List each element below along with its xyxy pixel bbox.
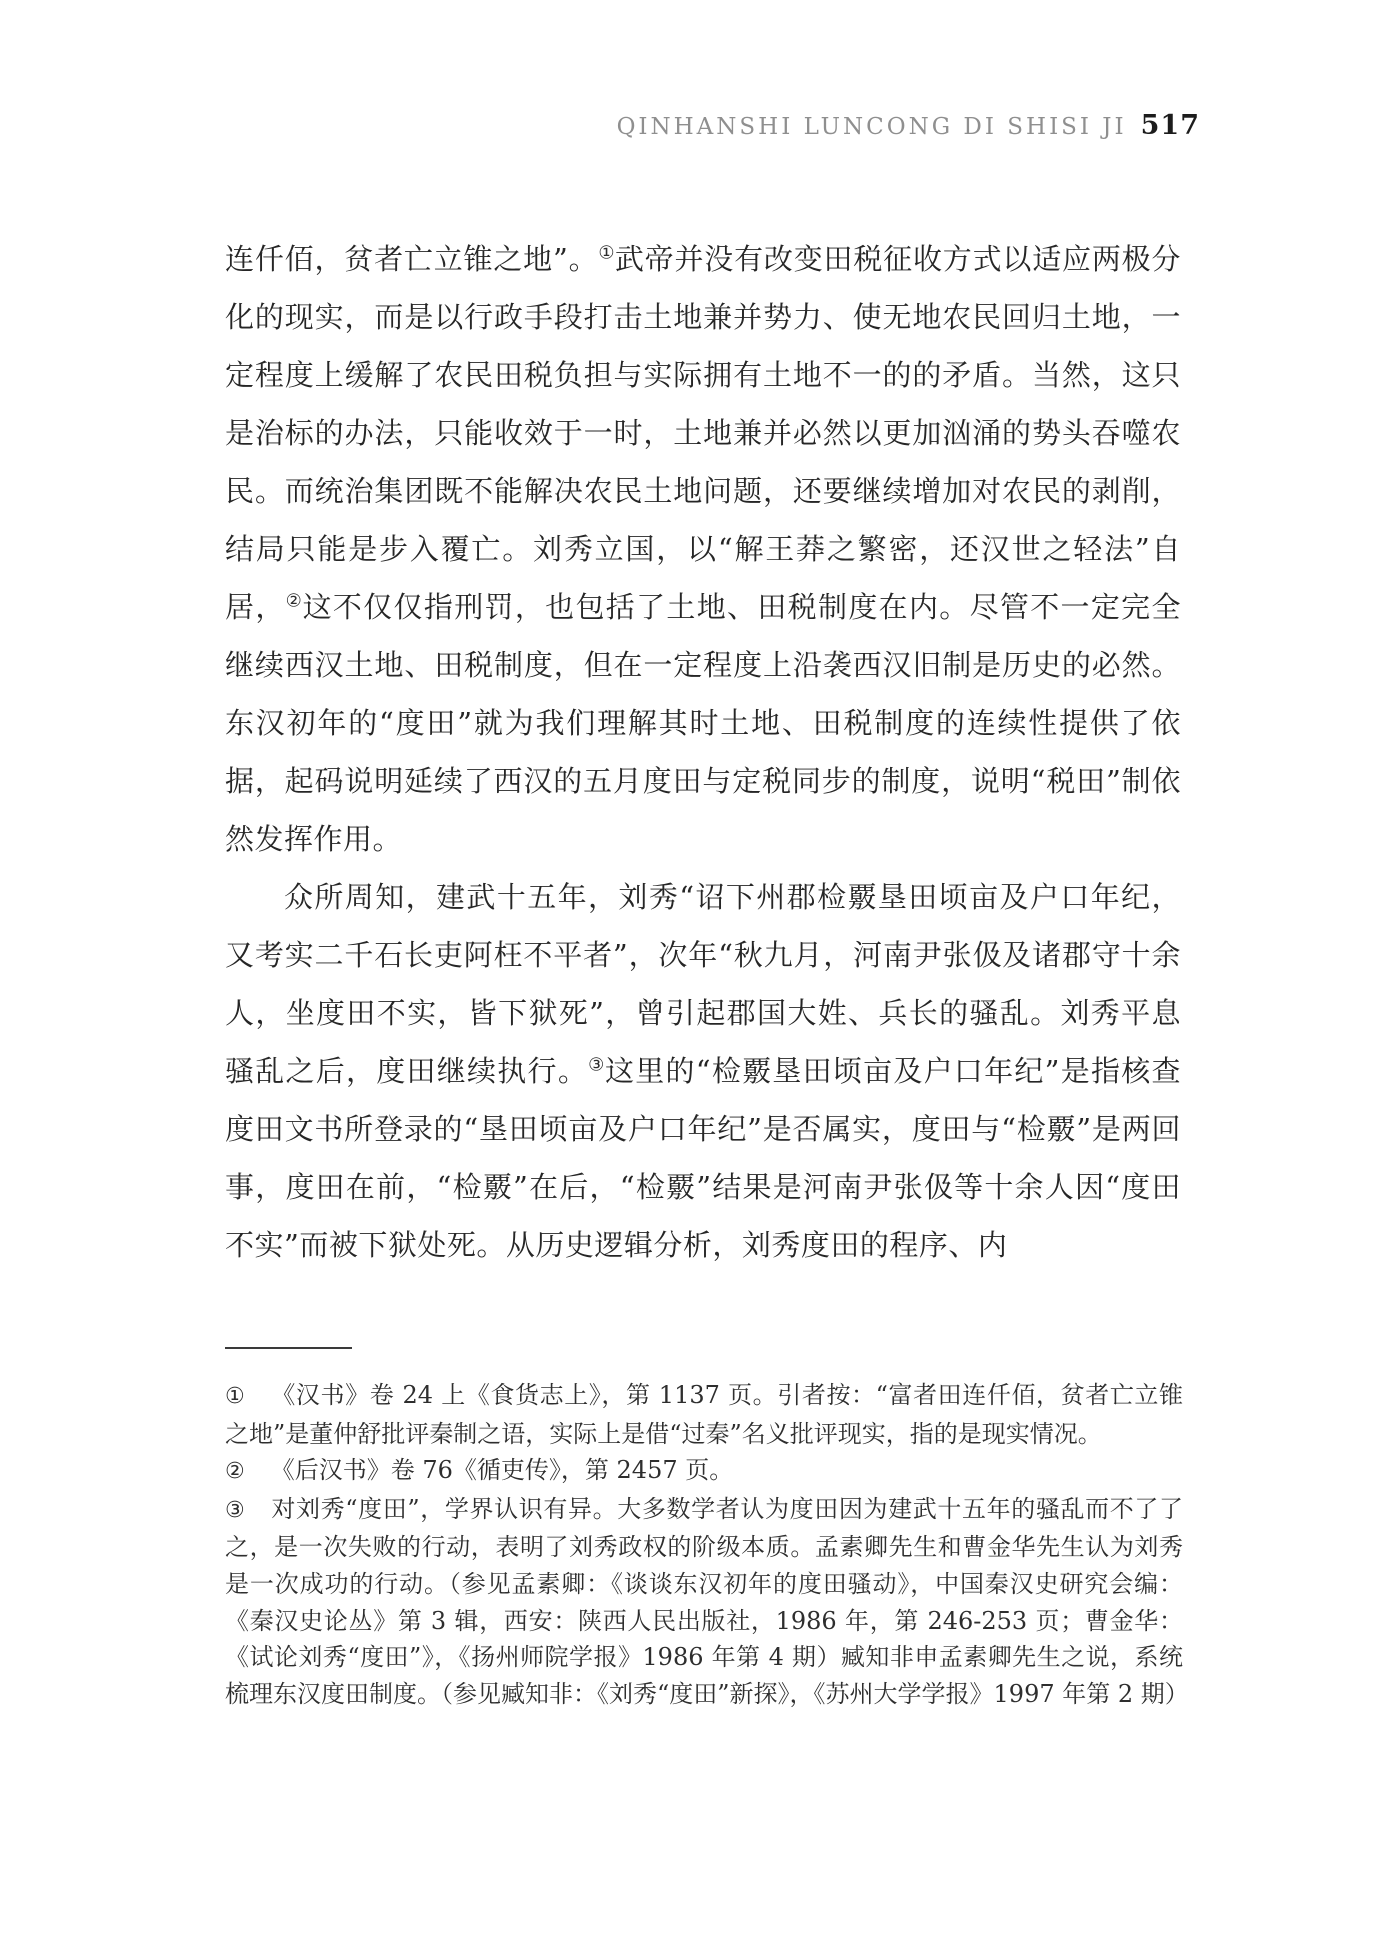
text-run: 连仟佰，贫者亡立锥之地”。 (225, 242, 598, 276)
footnote-marker: ① (225, 1384, 245, 1409)
footnote-text: 《后汉书》卷 76《循吏传》，第 2457 页。 (271, 1456, 734, 1484)
page-header: QINHANSHI LUNCONG DI SHISI JI 517 (617, 110, 1200, 141)
footnote-item: ②《后汉书》卷 76《循吏传》，第 2457 页。 (225, 1452, 1183, 1491)
body-paragraph: 连仟佰，贫者亡立锥之地”。①武帝并没有改变田税征收方式以适应两极分化的现实，而是… (225, 230, 1181, 868)
text-run: 武帝并没有改变田税征收方式以适应两极分化的现实，而是以行政手段打击土地兼并势力、… (225, 242, 1181, 624)
book-page: QINHANSHI LUNCONG DI SHISI JI 517 连仟佰，贫者… (0, 0, 1386, 1938)
body-paragraph: 众所周知，建武十五年，刘秀“诏下州郡检覈垦田顷亩及户口年纪，又考实二千石长吏阿枉… (225, 868, 1181, 1274)
text-run: 这不仅仅指刑罚，也包括了土地、田税制度在内。尽管不一定完全继续西汉土地、田税制度… (225, 590, 1181, 856)
footnotes-section: ①《汉书》卷 24 上《食货志上》，第 1137 页。引者按：“富者田连仟佰，贫… (225, 1377, 1183, 1712)
page-number: 517 (1141, 110, 1200, 141)
footnote-ref: ③ (588, 1054, 605, 1075)
footnote-item: ③对刘秀“度田”，学界认识有异。大多数学者认为度田因为建武十五年的骚乱而不了了之… (225, 1491, 1183, 1713)
footnote-ref: ① (598, 242, 614, 263)
body-text: 连仟佰，贫者亡立锥之地”。①武帝并没有改变田税征收方式以适应两极分化的现实，而是… (225, 230, 1181, 1274)
footnote-marker: ③ (225, 1498, 245, 1523)
footnote-ref: ② (286, 590, 303, 611)
footnote-item: ①《汉书》卷 24 上《食货志上》，第 1137 页。引者按：“富者田连仟佰，贫… (225, 1377, 1183, 1452)
running-title: QINHANSHI LUNCONG DI SHISI JI (617, 114, 1127, 140)
footnote-marker: ② (225, 1459, 245, 1484)
footnote-divider (225, 1347, 352, 1349)
footnote-text: 对刘秀“度田”，学界认识有异。大多数学者认为度田因为建武十五年的骚乱而不了了之，… (225, 1495, 1189, 1708)
footnote-text: 《汉书》卷 24 上《食货志上》，第 1137 页。引者按：“富者田连仟佰，贫者… (225, 1381, 1183, 1448)
